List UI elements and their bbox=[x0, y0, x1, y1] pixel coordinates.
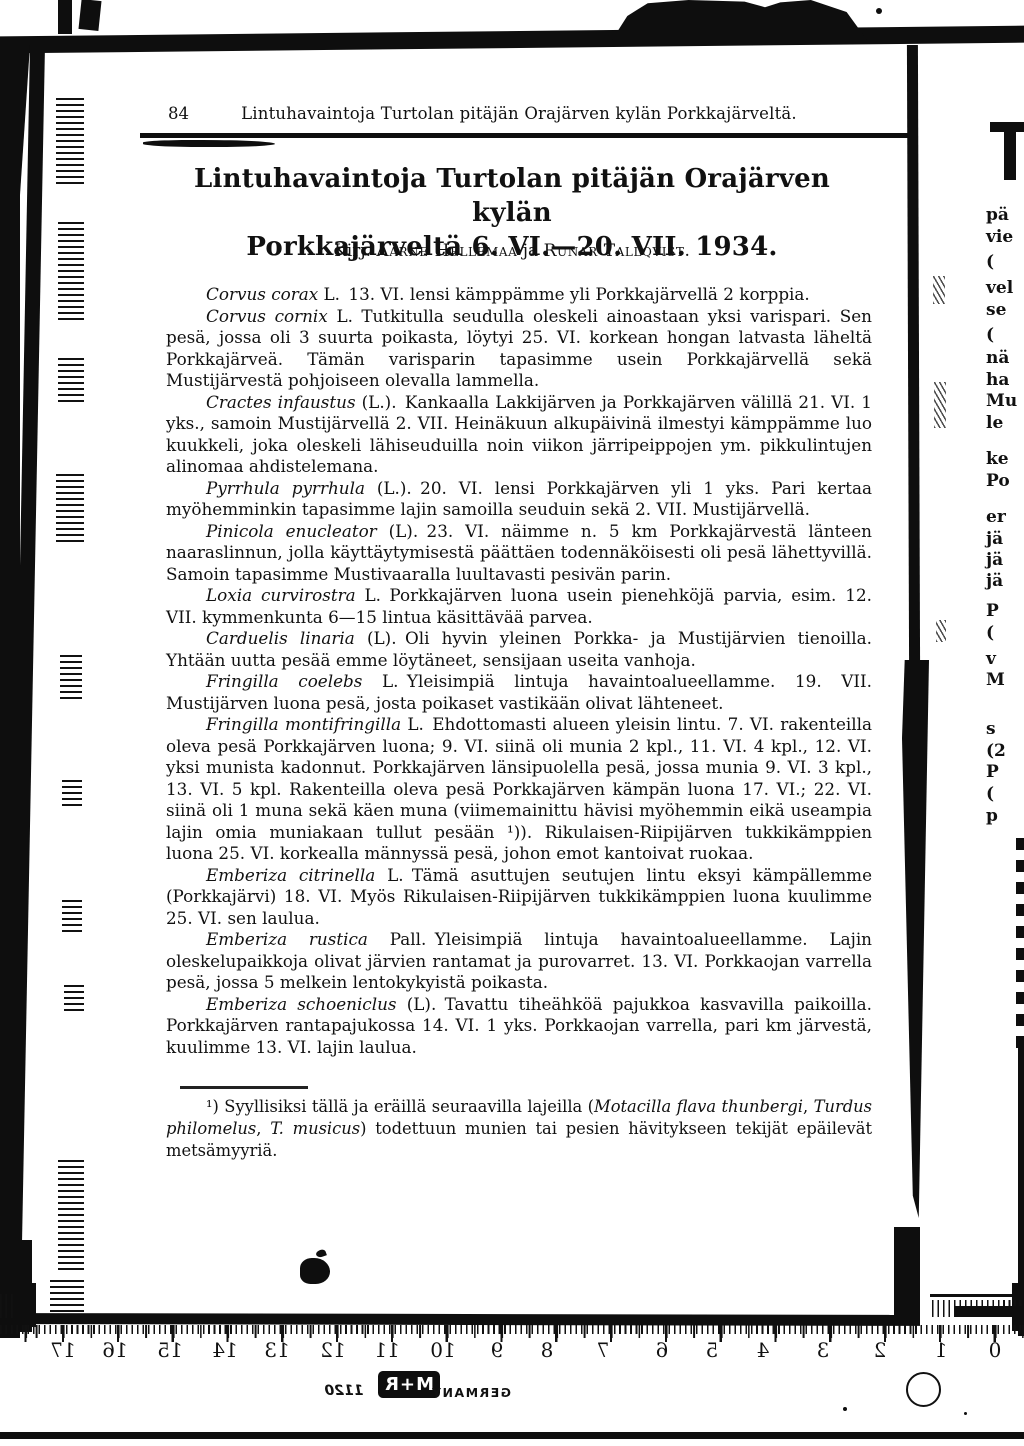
page-edge-hatch bbox=[64, 985, 84, 1015]
header-rule bbox=[140, 133, 908, 138]
adjacent-page-stub bbox=[1016, 948, 1024, 960]
adjacent-page-stub bbox=[1016, 992, 1024, 1004]
adjacent-page-text-fragment: p bbox=[986, 806, 998, 826]
adjacent-page-stub bbox=[1016, 1014, 1024, 1026]
page-edge-hatch bbox=[58, 222, 84, 322]
page-edge-blob bbox=[894, 1227, 920, 1323]
ruler-number: 1 bbox=[926, 1338, 956, 1362]
footnote-species-name: Motacilla flava thunbergi bbox=[594, 1097, 803, 1116]
species-paragraph: Fringilla montifringilla L. Ehdottomasti… bbox=[166, 714, 872, 865]
byline-author2: Runar Tallqvist bbox=[544, 241, 685, 261]
ruler-hanging-hole bbox=[906, 1372, 941, 1407]
page-edge-hatch bbox=[58, 358, 84, 402]
page-edge-hatch bbox=[60, 655, 82, 703]
adjacent-page-text-fragment: (2 bbox=[986, 741, 1006, 761]
adjacent-page-text-fragment: le bbox=[986, 413, 1003, 433]
byline-conjunction: ja bbox=[523, 241, 538, 261]
species-name: Emberiza schoeniclus bbox=[206, 994, 397, 1014]
adjacent-page-text-fragment: er bbox=[986, 507, 1006, 527]
species-paragraph: Pinicola enucleator (L). 23. VI. näimme … bbox=[166, 521, 872, 586]
species-paragraph: Loxia curvirostra L. Porkkajärven luona … bbox=[166, 585, 872, 628]
species-paragraph: Carduelis linaria (L). Oli hyvin yleinen… bbox=[166, 628, 872, 671]
adjacent-page-mark bbox=[1004, 122, 1016, 180]
species-name: Carduelis linaria bbox=[206, 628, 355, 648]
footnote-rule bbox=[180, 1086, 308, 1089]
footnote-text: ¹) Syyllisiksi tällä ja eräillä seuraavi… bbox=[166, 1096, 872, 1162]
adjacent-page-text-fragment: ( bbox=[986, 325, 994, 345]
species-name: Cractes infaustus bbox=[206, 392, 356, 412]
page-edge-hatch bbox=[62, 900, 82, 936]
footnote-part: ¹) Syyllisiksi tällä ja eräillä seuraavi… bbox=[206, 1097, 594, 1116]
adjacent-page-text-fragment: ( bbox=[986, 623, 994, 643]
adjacent-page-text-fragment: vie bbox=[986, 227, 1013, 247]
adjacent-page-text-fragment: P bbox=[986, 762, 999, 782]
ink-blot-tail bbox=[315, 1249, 327, 1259]
species-name: Emberiza citrinella bbox=[206, 865, 375, 885]
footnote-part: , bbox=[803, 1097, 814, 1116]
adjacent-page-stub bbox=[1016, 860, 1024, 872]
ink-blot bbox=[300, 1258, 330, 1284]
running-head: Lintuhavaintoja Turtolan pitäjän Orajärv… bbox=[166, 104, 872, 123]
ruler-number: 0 bbox=[980, 1338, 1010, 1362]
species-paragraph: Emberiza rustica Pall. Yleisimpiä lintuj… bbox=[166, 929, 872, 994]
adjacent-page-text-fragment: ke bbox=[986, 449, 1009, 469]
species-paragraph: Cractes infaustus (L.). Kankaalla Lakkij… bbox=[166, 392, 872, 478]
adjacent-page-text-fragment: ha bbox=[986, 370, 1009, 390]
species-name: Corvus cornix bbox=[206, 306, 328, 326]
top-speck bbox=[876, 8, 882, 14]
ruler-upper-edge-right bbox=[930, 1294, 1024, 1297]
adjacent-page-stub bbox=[1016, 904, 1024, 916]
page-edge-hatch bbox=[56, 98, 84, 184]
adjacent-page-text-fragment: ( bbox=[986, 252, 994, 272]
ruler-number: 14 bbox=[210, 1338, 240, 1362]
species-paragraph: Corvus cornix L. Tutkitulla seudulla ole… bbox=[166, 306, 872, 392]
page-edge-hatch bbox=[62, 780, 82, 806]
species-paragraph: Pyrrhula pyrrhula (L.). 20. VI. lensi Po… bbox=[166, 478, 872, 521]
header-rule-smudge bbox=[143, 140, 275, 147]
ruler-number: 4 bbox=[748, 1338, 778, 1362]
species-name: Corvus corax bbox=[206, 284, 318, 304]
top-left-mark bbox=[78, 0, 101, 31]
ruler-number: 15 bbox=[155, 1338, 185, 1362]
page-edge-shadow bbox=[902, 660, 929, 1218]
byline-author1: Aarne Hellemaa bbox=[376, 241, 517, 261]
article-body: Corvus corax L. 13. VI. lensi kämppämme … bbox=[166, 284, 872, 1058]
adjacent-page-text-fragment: jä bbox=[986, 550, 1003, 570]
byline: Kirj. Aarne Hellemaa ja Runar Tallqvist. bbox=[150, 241, 874, 261]
top-scan-band bbox=[0, 25, 1024, 53]
byline-prefix: Kirj. bbox=[334, 241, 371, 261]
ruler-number: 8 bbox=[532, 1338, 562, 1362]
species-paragraph: Emberiza schoeniclus (L). Tavattu tiheäh… bbox=[166, 994, 872, 1059]
bottom-scan-line bbox=[0, 1432, 1024, 1439]
adjacent-page-text-fragment: nä bbox=[986, 348, 1009, 368]
ruler-upper-ticks-left bbox=[0, 1294, 14, 1318]
adjacent-page-text-fragment: Po bbox=[986, 471, 1010, 491]
page-edge-line bbox=[907, 45, 920, 665]
adjacent-page-stub bbox=[1016, 1036, 1024, 1048]
ruler-number: 9 bbox=[482, 1338, 512, 1362]
species-name: Pinicola enucleator bbox=[206, 521, 377, 541]
species-paragraph: Corvus corax L. 13. VI. lensi kämppämme … bbox=[166, 284, 872, 306]
page-edge-hatch bbox=[56, 474, 84, 544]
species-name: Pyrrhula pyrrhula bbox=[206, 478, 365, 498]
ruler-origin-text: GERMANY bbox=[441, 1385, 511, 1400]
ruler-number: 16 bbox=[100, 1338, 130, 1362]
page-edge-hatch bbox=[58, 1160, 84, 1270]
adjacent-page-text-fragment: jä bbox=[986, 529, 1003, 549]
species-name: Fringilla coelebs bbox=[206, 671, 362, 691]
margin-squiggle bbox=[936, 620, 946, 642]
ruler-number: 12 bbox=[318, 1338, 348, 1362]
scan-speck bbox=[964, 1412, 967, 1415]
scan-speck bbox=[843, 1407, 847, 1411]
adjacent-page-text-fragment: pä bbox=[986, 205, 1009, 225]
species-name: Fringilla montifringilla bbox=[206, 714, 401, 734]
margin-squiggle bbox=[934, 382, 946, 428]
species-paragraph: Fringilla coelebs L. Yleisimpiä lintuja … bbox=[166, 671, 872, 714]
adjacent-page-stub bbox=[1016, 838, 1024, 850]
byline-suffix: . bbox=[685, 241, 690, 261]
ruler-brand-text: M+R bbox=[384, 1374, 434, 1395]
adjacent-page-text-fragment: P bbox=[986, 601, 999, 621]
ruler-number: 10 bbox=[428, 1338, 458, 1362]
adjacent-page-text-fragment: ( bbox=[986, 784, 994, 804]
article-title-line1: Lintuhavaintoja Turtolan pitäjän Orajärv… bbox=[150, 162, 874, 230]
ruler-model-number: 1120 bbox=[322, 1383, 366, 1399]
adjacent-page-stub bbox=[1016, 970, 1024, 982]
adjacent-page-stub bbox=[1016, 926, 1024, 938]
ruler-number: 2 bbox=[865, 1338, 895, 1362]
scanned-journal-page: { "page": { "running_head": { "page_numb… bbox=[0, 0, 1024, 1446]
adjacent-page-text-fragment: s bbox=[986, 719, 996, 739]
ruler-edge-line bbox=[28, 1313, 920, 1326]
ruler-number: 6 bbox=[647, 1338, 677, 1362]
adjacent-page-text-fragment: v bbox=[986, 649, 996, 669]
top-ink-blob bbox=[612, 0, 867, 40]
adjacent-page-stub bbox=[1016, 882, 1024, 894]
ruler-number: 17 bbox=[48, 1338, 78, 1362]
species-paragraph: Emberiza citrinella L. Tämä asuttujen se… bbox=[166, 865, 872, 930]
ruler-number: 7 bbox=[588, 1338, 618, 1362]
adjacent-page-text-fragment: vel bbox=[986, 278, 1013, 298]
adjacent-page-text-fragment: se bbox=[986, 300, 1006, 320]
species-name: Loxia curvirostra bbox=[206, 585, 356, 605]
ruler-edge-line bbox=[955, 1306, 1024, 1317]
ruler-number: 11 bbox=[372, 1338, 402, 1362]
margin-squiggle bbox=[933, 276, 945, 304]
adjacent-page-text-fragment: Mu bbox=[986, 391, 1017, 411]
top-left-mark bbox=[58, 0, 72, 34]
footnote-part: , bbox=[256, 1119, 270, 1138]
adjacent-page-text-fragment: jä bbox=[986, 571, 1003, 591]
ruler-number: 13 bbox=[262, 1338, 292, 1362]
species-name: Emberiza rustica bbox=[206, 929, 368, 949]
footnote-species-name: T. musicus bbox=[270, 1119, 360, 1138]
ruler-number: 3 bbox=[808, 1338, 838, 1362]
ruler-number: 5 bbox=[697, 1338, 727, 1362]
adjacent-page-text-fragment: M bbox=[986, 670, 1005, 690]
